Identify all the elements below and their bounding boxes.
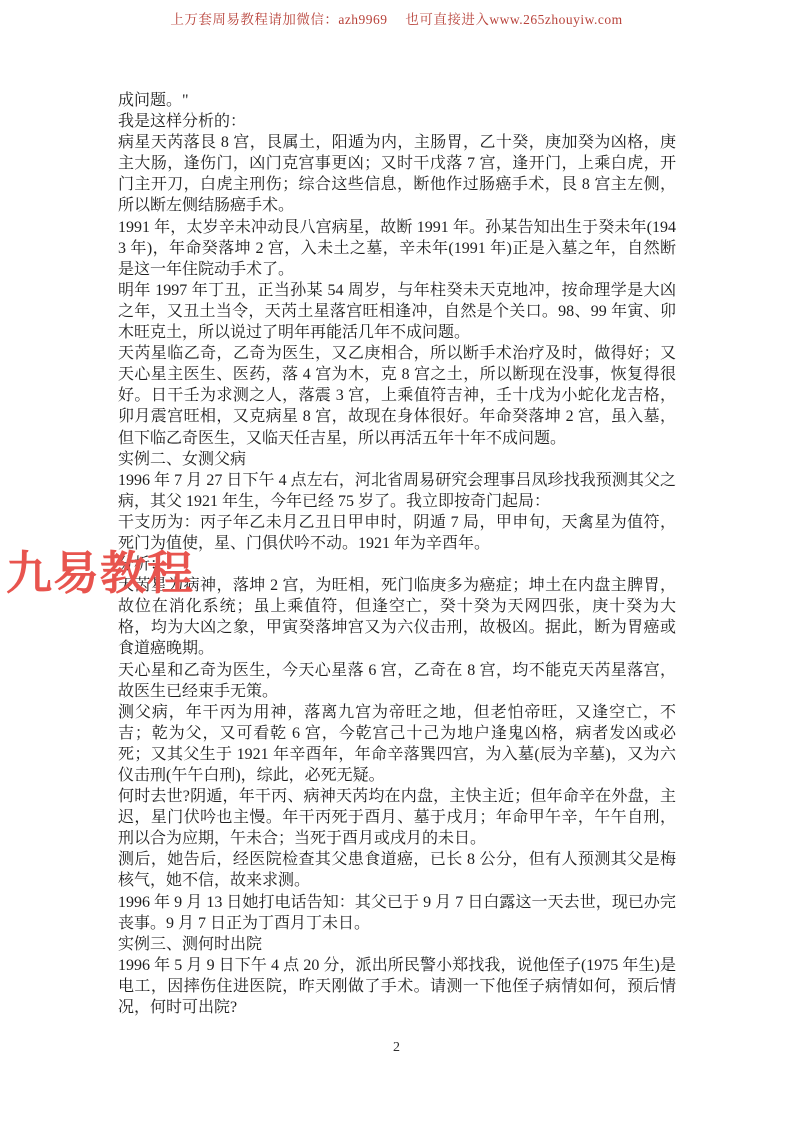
paragraph: 天芮星临乙奇，乙奇为医生，又乙庚相合，所以断手术治疗及时，做得好；又天心星主医生… [118,343,676,448]
paragraph: 何时去世?阴遁，年干丙、病神天芮均在内盘，主快主近；但年命辛在外盘，主迟，星门伏… [118,786,676,849]
paragraph: 测父病，年干丙为用神，落离九宫为帝旺之地，但老怕帝旺，又逢空亡，不吉；乾为父，又… [118,702,676,786]
paragraph: 成问题。" [118,90,676,111]
paragraph: 1991 年，太岁辛未冲动艮八宫病星，故断 1991 年。孙某告知出生于癸未年(… [118,217,676,280]
paragraph: 实例三、测何时出院 [118,934,676,955]
paragraph: 干支历为：丙子年乙未月乙丑日甲申时，阴遁 7 局，甲申旬，天禽星为值符，死门为值… [118,512,676,554]
paragraph: 1996 年 7 月 27 日下午 4 点左右，河北省周易研究会理事吕凤珍找我预… [118,470,676,512]
paragraph: 我是这样分析的： [118,111,676,132]
paragraph: 1996 年 9 月 13 日她打电话告知：其父已于 9 月 7 日白露这一天去… [118,892,676,934]
paragraph: 明年 1997 年丁丑，正当孙某 54 周岁，与年柱癸未天克地冲，按命理学是大凶… [118,280,676,343]
page-number: 2 [0,1040,793,1056]
paragraph: 天心星和乙奇为医生，今天心星落 6 宫，乙奇在 8 宫，均不能克天芮星落宫，故医… [118,660,676,702]
document-body: 成问题。"我是这样分析的：病星天芮落艮 8 宫，艮属土，阳遁为内，主肠胃，乙十癸… [118,90,676,1018]
paragraph: 实例二、女测父病 [118,449,676,470]
watermark: 九易教程 [6,537,194,603]
paragraph: 病星天芮落艮 8 宫，艮属土，阳遁为内，主肠胃，乙十癸，庚加癸为凶格，庚主大肠，… [118,132,676,216]
paragraph: 天芮星为病神，落坤 2 宫，为旺相，死门临庚多为癌症；坤土在内盘主脾胃，故位在消… [118,575,676,659]
header-notice: 上万套周易教程请加微信：azh9969 也可直接进入www.265zhouyiw… [0,8,793,28]
paragraph: 1996 年 5 月 9 日下午 4 点 20 分，派出所民警小郑找我，说他侄子… [118,955,676,1018]
paragraph: 测后，她告后，经医院检查其父患食道癌，已长 8 公分，但有人预测其父是梅核气，她… [118,849,676,891]
paragraph: 分析： [118,554,676,575]
